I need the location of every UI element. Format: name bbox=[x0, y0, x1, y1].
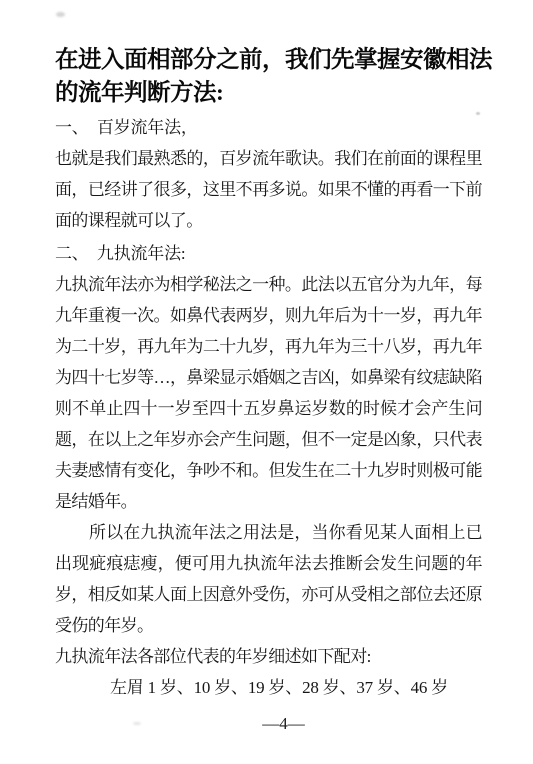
section-2-paragraph-1: 九执流年法亦为相学秘法之一种。此法以五官分为九年，每九年重複一次。如鼻代表两岁，… bbox=[55, 269, 482, 517]
section-1-heading: 一、 百岁流年法， bbox=[55, 112, 482, 143]
document-title: 在进入面相部分之前，我们先掌握安徽相法 的流年判断方法: bbox=[55, 44, 482, 110]
page-number: —4— bbox=[70, 709, 497, 739]
document-content: 在进入面相部分之前，我们先掌握安徽相法 的流年判断方法: 一、 百岁流年法， 也… bbox=[55, 44, 482, 739]
section-1-paragraph-1: 也就是我们最熟悉的，百岁流年歌诀。我们在前面的课程里面，已经讲了很多，这里不再多… bbox=[55, 143, 482, 236]
scan-smudge-top-left bbox=[56, 12, 65, 17]
section-2-heading: 二、 九执流年法: bbox=[55, 238, 482, 269]
section-2-paragraph-2: 所以在九执流年法之用法是，当你看见某人面相上已出现疵痕痣瘦，便可用九执流年法去推… bbox=[55, 517, 482, 641]
age-listing-left-eyebrow: 左眉 1 岁、10 岁、19 岁、28 岁、37 岁、46 岁 bbox=[55, 672, 482, 703]
section-2-paragraph-3: 九执流年法各部位代表的年岁细述如下配对: bbox=[55, 641, 482, 672]
document-title-line-2: 的流年判断方法: bbox=[55, 77, 482, 110]
document-title-line-1: 在进入面相部分之前，我们先掌握安徽相法 bbox=[55, 44, 482, 77]
document-page: 在进入面相部分之前，我们先掌握安徽相法 的流年判断方法: 一、 百岁流年法， 也… bbox=[0, 0, 533, 764]
